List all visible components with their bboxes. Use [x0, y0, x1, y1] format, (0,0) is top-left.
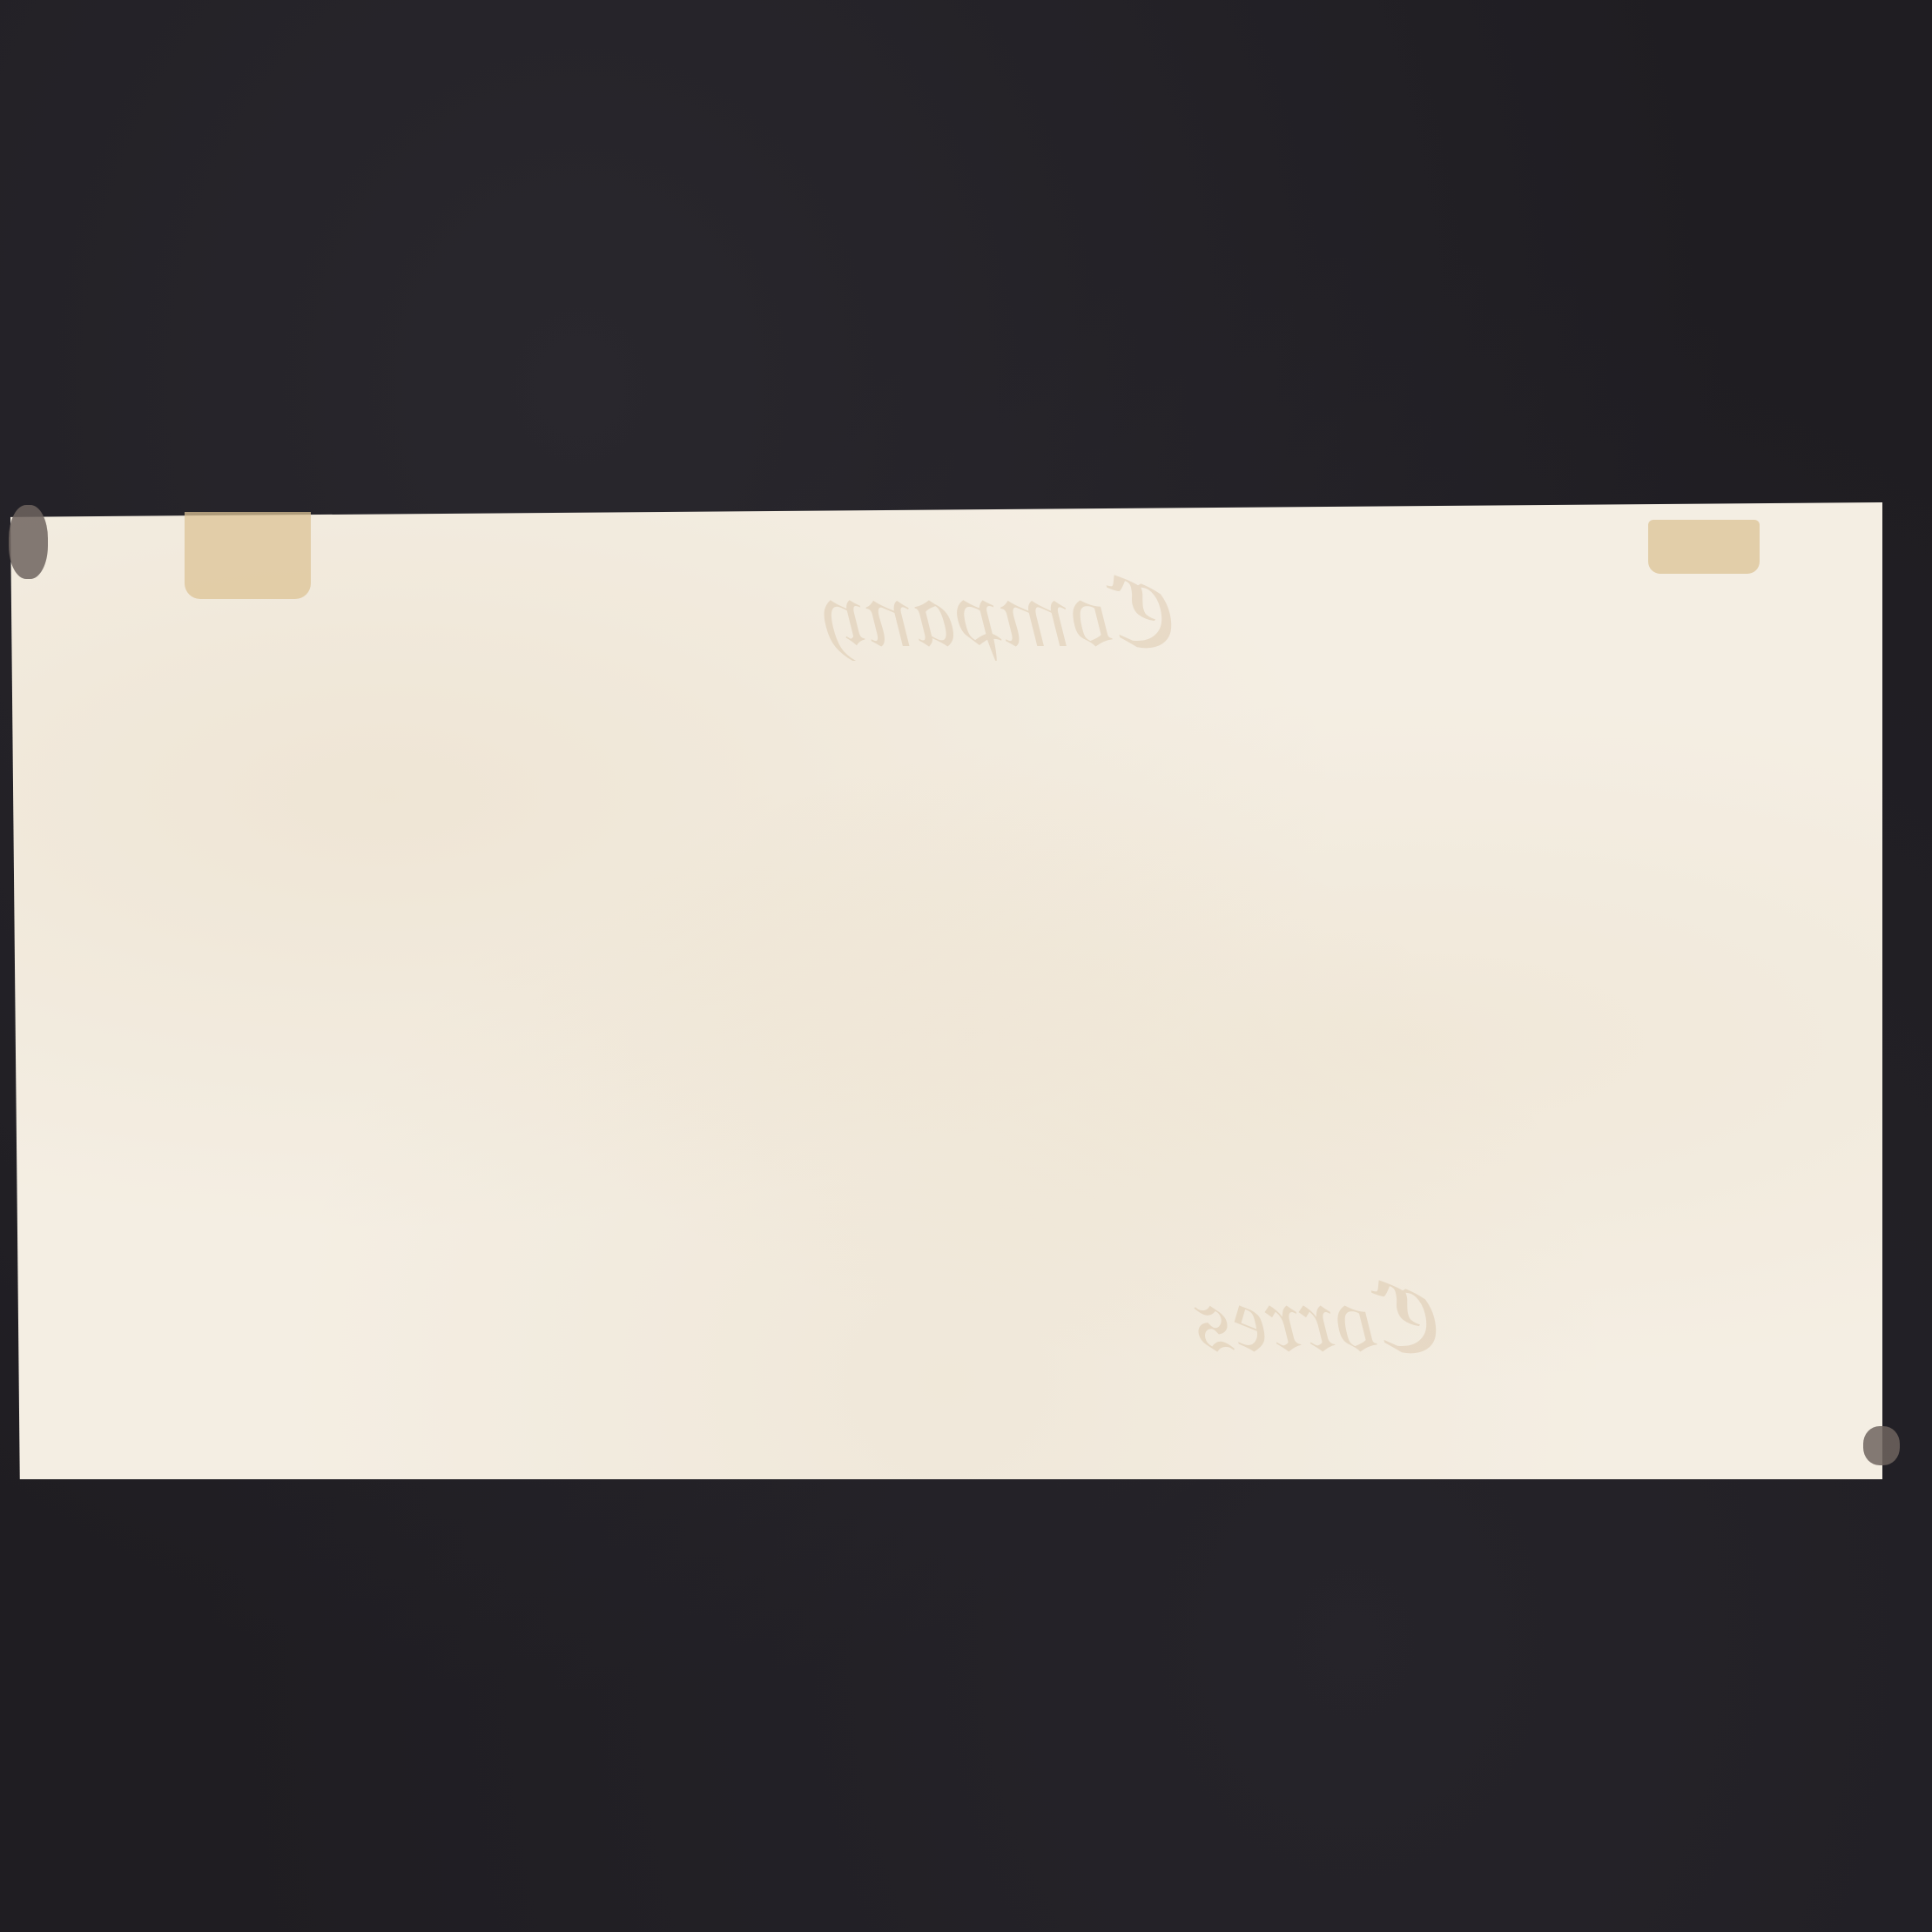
corner-stain-bottom-right — [1863, 1426, 1900, 1465]
paper-document-back — [10, 502, 1882, 1479]
tape-mark-right — [1648, 520, 1760, 574]
tape-mark-left — [185, 512, 311, 599]
corner-stain-top-left — [9, 505, 48, 579]
